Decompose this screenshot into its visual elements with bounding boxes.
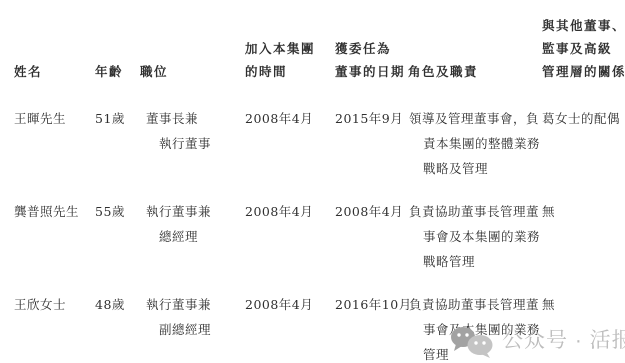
director-role: 負責協助董事長管理董 事會及本集團的業務 戰略管理 xyxy=(409,199,540,274)
director-position: 執行董事兼 總經理 xyxy=(146,199,211,249)
director-role-line1: 負責協助董事長管理董 xyxy=(409,199,540,224)
column-header-appointed-line2: 董事的日期 xyxy=(335,60,405,83)
director-position: 董事長兼 執行董事 xyxy=(146,106,211,156)
director-age: 51歲 xyxy=(95,106,125,131)
director-relationship: 無 xyxy=(542,199,555,224)
director-name: 龔普照先生 xyxy=(14,199,79,224)
director-relationship: 無 xyxy=(542,292,555,317)
director-age: 48歲 xyxy=(95,292,125,317)
director-role-line3: 戰略管理 xyxy=(409,249,540,274)
column-header-joined-line2: 的時間 xyxy=(245,60,315,83)
director-appointed-date: 2015年9月 xyxy=(335,106,403,131)
wechat-icon xyxy=(450,326,494,358)
director-appointed-date: 2016年10月 xyxy=(335,292,412,317)
director-role-line2: 責本集團的整體業務 xyxy=(409,131,540,156)
column-header-relationship: 與其他董事、 監事及高級 管理層的關係 xyxy=(542,14,625,83)
director-position-line2: 總經理 xyxy=(146,224,211,249)
director-appointed-date: 2008年4月 xyxy=(335,199,403,224)
director-position-line2: 副總經理 xyxy=(146,317,211,342)
column-header-appointed: 獲委任為 董事的日期 xyxy=(335,37,405,83)
director-relationship: 葛女士的配偶 xyxy=(542,106,620,131)
column-header-relationship-line2: 監事及高級 xyxy=(542,37,625,60)
director-position-line1: 董事長兼 xyxy=(146,106,211,131)
directors-table-page: 姓名 年齡 職位 加入本集團 的時間 獲委任為 董事的日期 角色及職責 與其他董… xyxy=(0,0,625,363)
director-position: 執行董事兼 副總經理 xyxy=(146,292,211,342)
column-header-name: 姓名 xyxy=(14,60,42,83)
director-role-line1: 領導及管理董事會，負 xyxy=(409,106,540,131)
director-position-line1: 執行董事兼 xyxy=(146,199,211,224)
director-age: 55歲 xyxy=(95,199,125,224)
director-position-line1: 執行董事兼 xyxy=(146,292,211,317)
director-position-line2: 執行董事 xyxy=(146,131,211,156)
column-header-relationship-line1: 與其他董事、 xyxy=(542,14,625,37)
director-role-line2: 事會及本集團的業務 xyxy=(409,224,540,249)
director-role: 領導及管理董事會，負 責本集團的整體業務 戰略及管理 xyxy=(409,106,540,181)
column-header-age: 年齡 xyxy=(95,60,123,83)
director-role-line1: 負責協助董事長管理董 xyxy=(409,292,540,317)
column-header-joined-line1: 加入本集團 xyxy=(245,37,315,60)
director-role-line3: 戰略及管理 xyxy=(409,156,540,181)
column-header-role: 角色及職責 xyxy=(408,60,478,83)
director-joined-date: 2008年4月 xyxy=(245,106,313,131)
watermark-text: 公众号 · 活报告 xyxy=(502,326,625,356)
director-name: 王暉先生 xyxy=(14,106,66,131)
director-joined-date: 2008年4月 xyxy=(245,199,313,224)
column-header-joined: 加入本集團 的時間 xyxy=(245,37,315,83)
director-name: 王欣女士 xyxy=(14,292,66,317)
watermark: 公众号 · 活报告 xyxy=(450,326,625,358)
column-header-position: 職位 xyxy=(140,60,168,83)
director-joined-date: 2008年4月 xyxy=(245,292,313,317)
column-header-relationship-line3: 管理層的關係 xyxy=(542,60,625,83)
column-header-appointed-line1: 獲委任為 xyxy=(335,37,405,60)
